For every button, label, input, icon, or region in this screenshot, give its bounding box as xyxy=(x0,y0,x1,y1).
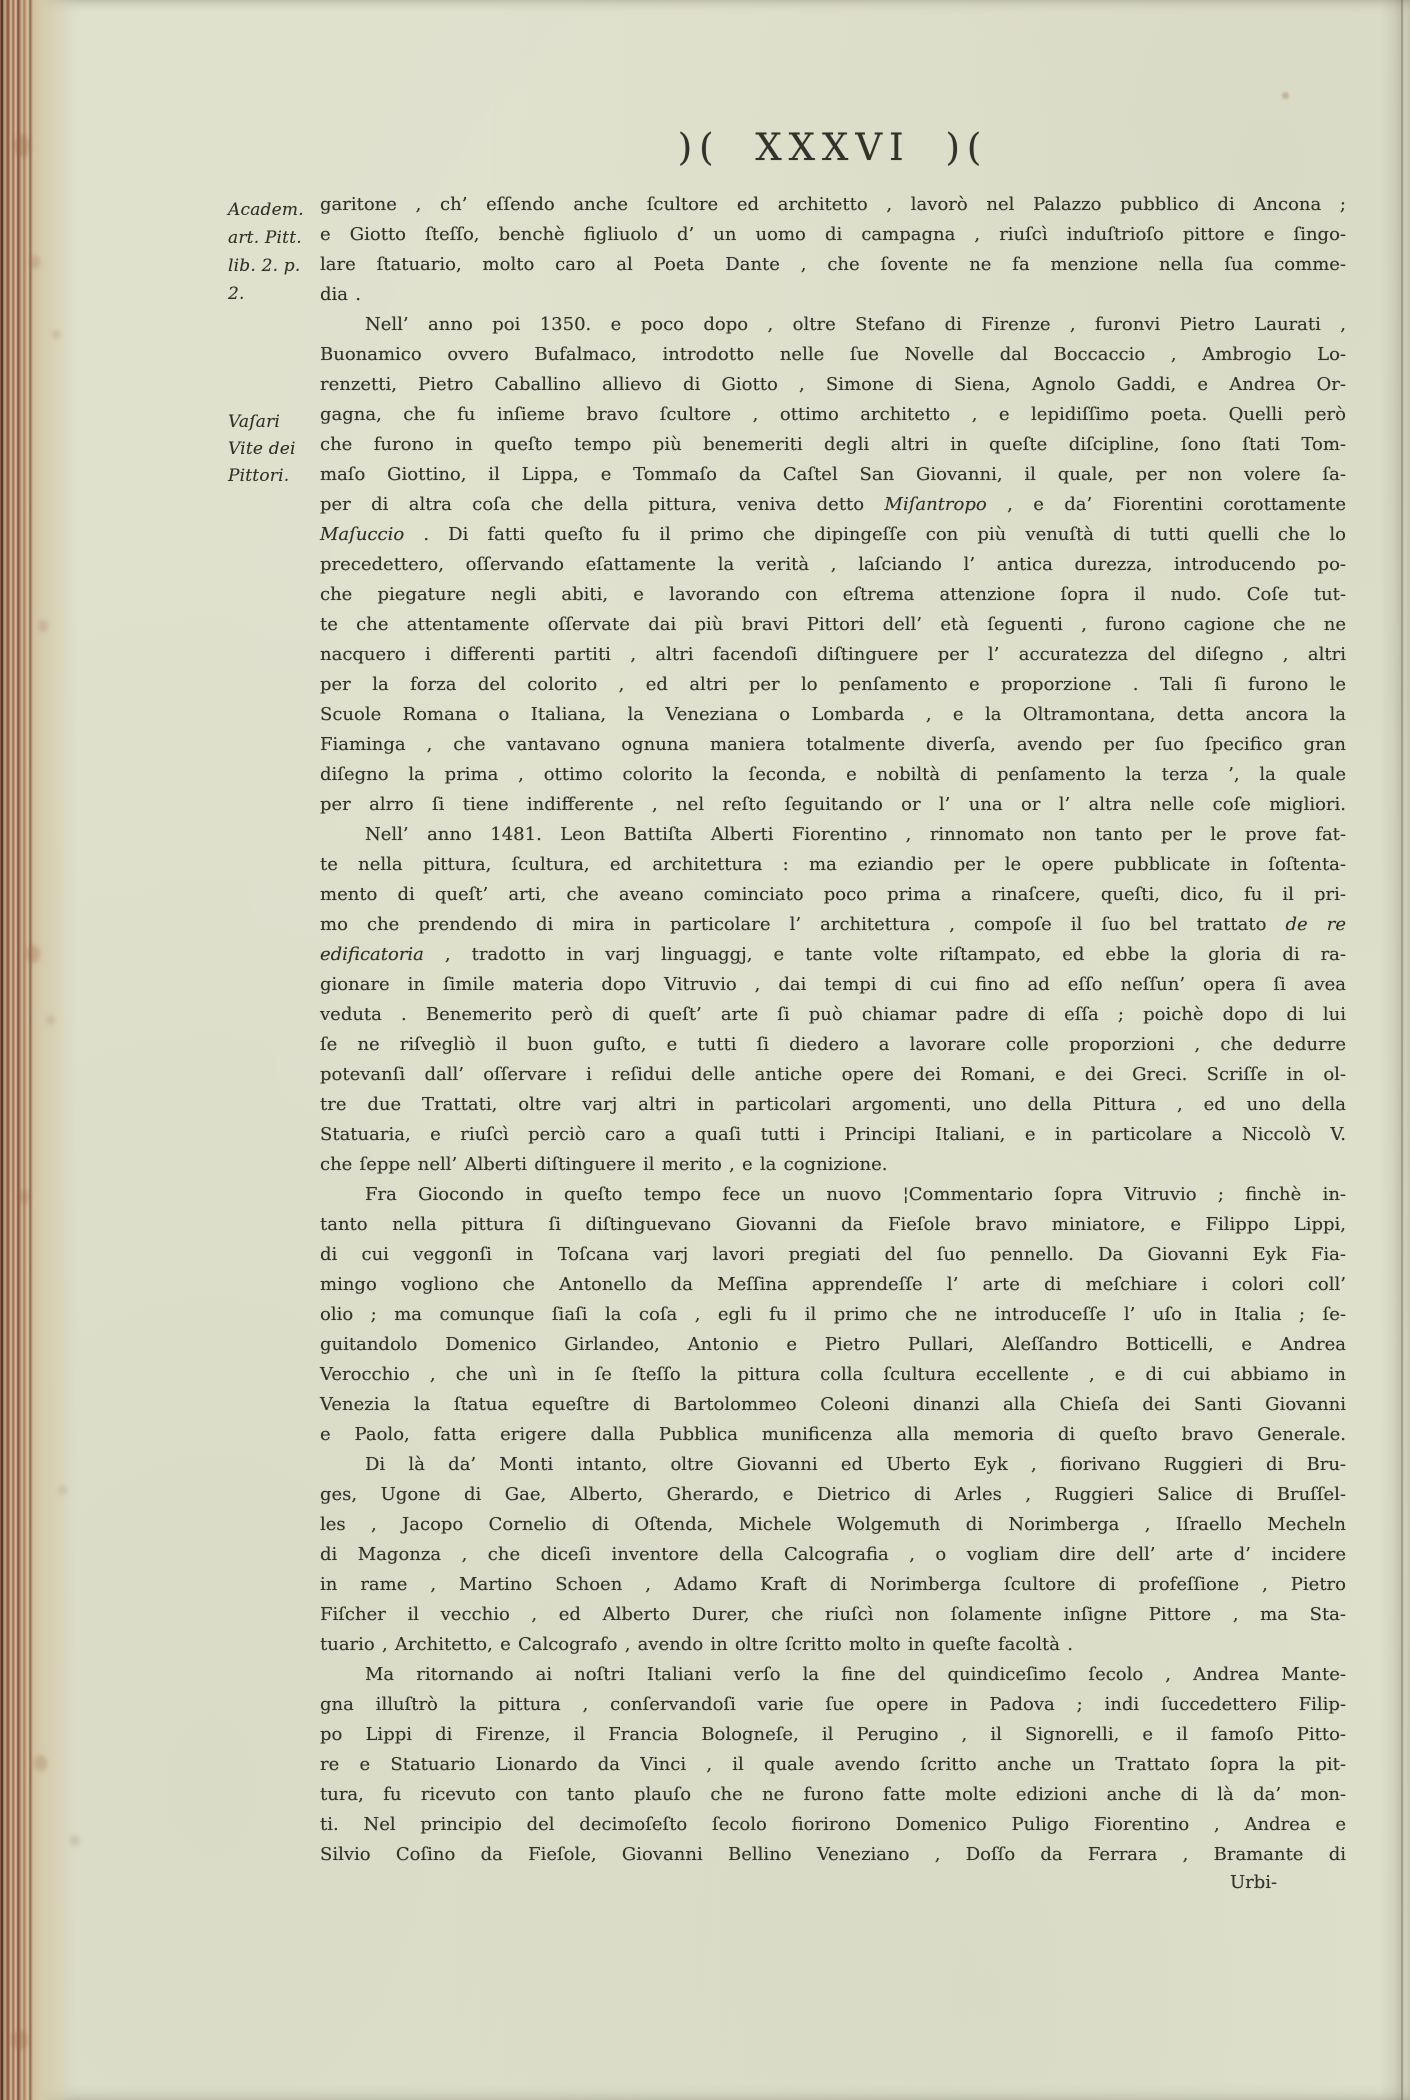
stain xyxy=(1282,92,1289,99)
book-page: )( XXXVI )( Academ.art. Pitt.lib. 2. p.2… xyxy=(0,0,1410,2100)
text-line: Nell’ anno poi 1350. e poco dopo , oltre… xyxy=(320,310,1346,340)
text-line: ti. Nel principio del decimoſeſto ſecolo… xyxy=(320,1810,1346,1840)
text-line: gionare in ſimile materia dopo Vitruvio … xyxy=(320,970,1346,1000)
catchword: Urbi- xyxy=(1230,1872,1277,1893)
text-line: re e Statuario Lionardo da Vinci , il qu… xyxy=(320,1750,1346,1780)
text-line: Verocchio , che unì in ſe ſteſſo la pitt… xyxy=(320,1360,1346,1390)
text-line: ges, Ugone di Gae, Alberto, Gherardo, e … xyxy=(320,1480,1346,1510)
text-line: Nell’ anno 1481. Leon Battiſta Alberti F… xyxy=(320,820,1346,850)
text-line: tre due Trattati, oltre varj altri in pa… xyxy=(320,1090,1346,1120)
book-gutter-edge xyxy=(0,0,80,2100)
text-line: edificatoria , tradotto in varj linguagg… xyxy=(320,940,1346,970)
text-line: di Magonza , che diceſi inventore della … xyxy=(320,1540,1346,1570)
text-line: e Giotto ſteſſo, benchè figliuolo d’ un … xyxy=(320,220,1346,250)
page-right-edge-shadow xyxy=(1380,0,1410,2100)
text-line: precedettero, oſſervando eſattamente la … xyxy=(320,550,1346,580)
text-line: veduta . Benemerito però di queſt’ arte … xyxy=(320,1000,1346,1030)
text-line: Maſuccio . Di fatti queſto fu il primo c… xyxy=(320,520,1346,550)
text-line: per la forza del colorito , ed altri per… xyxy=(320,670,1346,700)
margin-note-line: lib. 2. p. xyxy=(228,252,320,280)
text-line: che furono in queſto tempo più benemerit… xyxy=(320,430,1346,460)
text-line: per alrro ſi tiene indifferente , nel re… xyxy=(320,790,1346,820)
text-line: Venezia la ſtatua equeſtre di Bartolomme… xyxy=(320,1390,1346,1420)
text-line: tanto nella pittura ſi diſtinguevano Gio… xyxy=(320,1210,1346,1240)
text-line: lare ſtatuario, molto caro al Poeta Dant… xyxy=(320,250,1346,280)
page-right-edge-line xyxy=(1401,0,1403,2100)
text-line: diſegno la prima , ottimo colorito la ſe… xyxy=(320,760,1346,790)
text-line: Buonamico ovvero Bufalmaco, introdotto n… xyxy=(320,340,1346,370)
margin-note-line: 2. xyxy=(228,280,320,308)
margin-note-citation-1: Academ.art. Pitt.lib. 2. p.2. xyxy=(228,196,320,308)
text-line: Ma ritornando ai noſtri Italiani verſo l… xyxy=(320,1660,1346,1690)
text-line: dia . xyxy=(320,280,1346,310)
text-line: che piegature negli abiti, e lavorando c… xyxy=(320,580,1346,610)
text-line: po Lippi di Firenze, il Francia Bologneſ… xyxy=(320,1720,1346,1750)
margin-note-line: Vite dei xyxy=(228,436,320,463)
text-line: per di altra coſa che della pittura, ven… xyxy=(320,490,1346,520)
page-number-header: )( XXXVI )( xyxy=(320,126,1346,169)
text-line: ſe ne riſvegliò il buon guſto, e tutti ſ… xyxy=(320,1030,1346,1060)
margin-note-line: Academ. xyxy=(228,196,320,224)
text-line: mingo vogliono che Antonello da Meſſina … xyxy=(320,1270,1346,1300)
margin-note-citation-2: VaſariVite deiPittori. xyxy=(228,409,320,490)
text-line: Fiſcher il vecchio , ed Alberto Durer, c… xyxy=(320,1600,1346,1630)
margin-note-line: Pittori. xyxy=(228,463,320,490)
text-line: Scuole Romana o Italiana, la Veneziana o… xyxy=(320,700,1346,730)
text-line: te che attentamente oſſervate dai più br… xyxy=(320,610,1346,640)
text-line: gagna, che fu inſieme bravo ſcultore , o… xyxy=(320,400,1346,430)
text-line: tura, fu ricevuto con tanto plauſo che n… xyxy=(320,1780,1346,1810)
text-line: gna illuſtrò la pittura , conſervandoſi … xyxy=(320,1690,1346,1720)
text-line: Statuaria, e riuſcì perciò caro a quaſi … xyxy=(320,1120,1346,1150)
text-line: tuario , Architetto, e Calcografo , aven… xyxy=(320,1630,1346,1660)
text-line: potevanſi dall’ oſſervare i reſidui dell… xyxy=(320,1060,1346,1090)
text-line: garitone , ch’ eſſendo anche ſcultore ed… xyxy=(320,190,1346,220)
margin-note-line: Vaſari xyxy=(228,409,320,436)
text-line: te nella pittura, ſcultura, ed architett… xyxy=(320,850,1346,880)
text-line: Silvio Coſino da Fieſole, Giovanni Belli… xyxy=(320,1840,1346,1870)
body-text: garitone , ch’ eſſendo anche ſcultore ed… xyxy=(320,190,1346,1870)
text-line: mento di queſt’ arti, che aveano cominci… xyxy=(320,880,1346,910)
gutter-hairline xyxy=(1,0,3,2100)
text-line: les , Jacopo Cornelio di Oſtenda, Michel… xyxy=(320,1510,1346,1540)
text-line: Fiaminga , che vantavano ognuna maniera … xyxy=(320,730,1346,760)
text-line: di cui veggonſi in Toſcana varj lavori p… xyxy=(320,1240,1346,1270)
text-line: guitandolo Domenico Girlandeo, Antonio e… xyxy=(320,1330,1346,1360)
text-line: mo che prendendo di mira in particolare … xyxy=(320,910,1346,940)
margin-note-line: art. Pitt. xyxy=(228,224,320,252)
text-line: Fra Giocondo in queſto tempo fece un nuo… xyxy=(320,1180,1346,1210)
text-line: renzetti, Pietro Caballino allievo di Gi… xyxy=(320,370,1346,400)
text-line: olio ; ma comunque ſiaſi la coſa , egli … xyxy=(320,1300,1346,1330)
text-line: Di là da’ Monti intanto, oltre Giovanni … xyxy=(320,1450,1346,1480)
text-line: e Paolo, fatta erigere dalla Pubblica mu… xyxy=(320,1420,1346,1450)
text-line: in rame , Martino Schoen , Adamo Kraft d… xyxy=(320,1570,1346,1600)
text-line: maſo Giottino, il Lippa, e Tommaſo da Ca… xyxy=(320,460,1346,490)
text-line: che ſeppe nell’ Alberti diſtinguere il m… xyxy=(320,1150,1346,1180)
text-line: nacquero i differenti partiti , altri fa… xyxy=(320,640,1346,670)
